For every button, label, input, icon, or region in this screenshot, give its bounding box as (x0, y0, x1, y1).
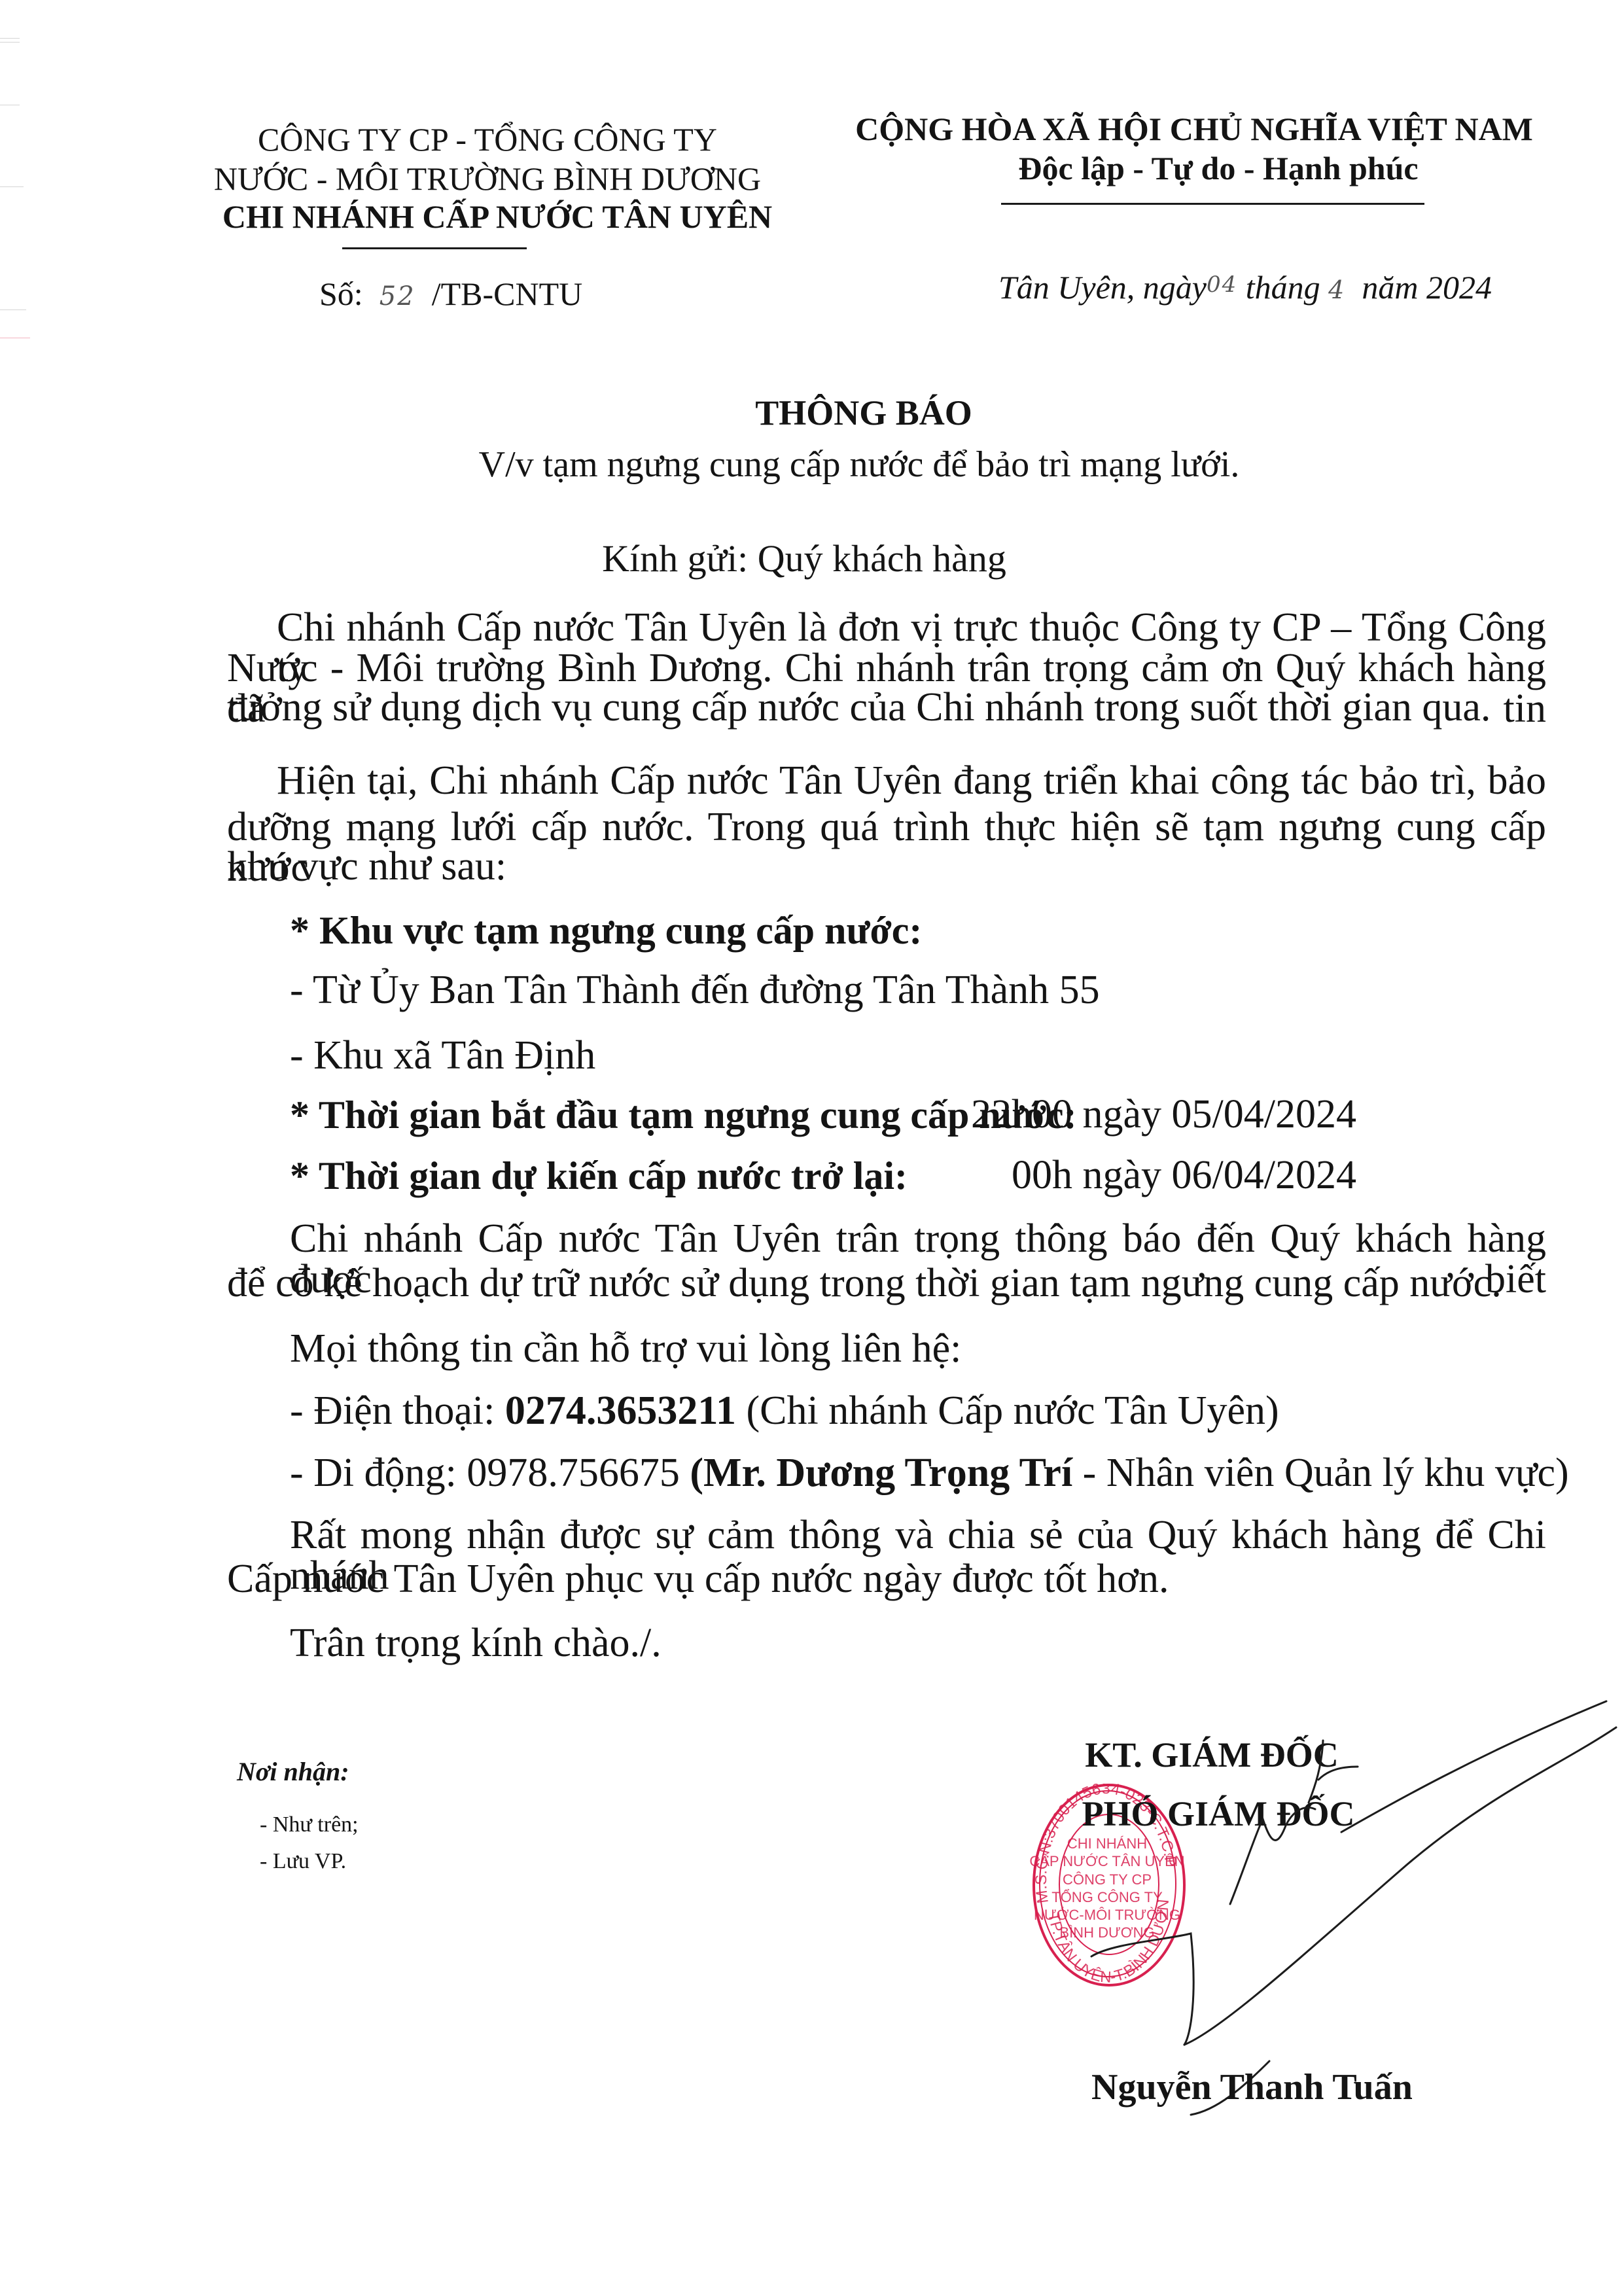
scan-mark (0, 186, 24, 187)
doc-number-label: Số: (319, 275, 363, 312)
outage-area-heading: * Khu vực tạm ngưng cung cấp nước: (290, 911, 922, 950)
contact-mobile-person: (Mr. Dương Trọng Trí (690, 1451, 1072, 1495)
handwritten-signature-icon (0, 0, 1624, 2296)
paragraph-3-line: để có kế hoạch dự trữ nước sử dụng trong… (227, 1263, 1502, 1303)
recipient-item: - Lưu VP. (260, 1850, 346, 1873)
contact-mobile-note: - Nhân viên Quản lý khu vực) (1072, 1451, 1568, 1495)
contact-mobile-label: - Di động: 0978.756675 (290, 1451, 690, 1495)
seal-line: CẤP NƯỚC TÂN UYÊN (1029, 1852, 1186, 1870)
contact-intro: Mọi thông tin cần hỗ trợ vui lòng liên h… (290, 1328, 961, 1369)
date-month-label: tháng (1246, 269, 1320, 306)
doc-number-suffix: /TB-CNTU (432, 275, 583, 312)
contact-mobile: - Di động: 0978.756675 (Mr. Dương Trọng … (290, 1453, 1569, 1493)
outage-restore-value: 00h ngày 06/04/2024 (1012, 1155, 1356, 1195)
signature-title-line2: PHÓ GIÁM ĐỐC (1082, 1796, 1355, 1831)
outage-start-label: * Thời gian bắt đầu tạm ngưng cung cấp n… (290, 1095, 1077, 1135)
date-day-handwritten: 04 (1207, 272, 1237, 298)
contact-phone-note: (Chi nhánh Cấp nước Tân Uyên) (736, 1388, 1279, 1433)
paragraph-1-line: tưởng sử dụng dịch vụ cung cấp nước của … (227, 687, 1491, 728)
scan-mark (0, 338, 30, 338)
org-parent-line1: CÔNG TY CP - TỔNG CÔNG TY (258, 123, 717, 156)
national-title: CỘNG HÒA XÃ HỘI CHỦ NGHĨA VIỆT NAM (855, 113, 1533, 145)
doc-number-handwritten: 52 (371, 283, 423, 309)
paragraph-4-line: Cấp nước Tân Uyên phục vụ cấp nước ngày … (227, 1559, 1169, 1599)
signer-name: Nguyễn Thanh Tuấn (1091, 2069, 1413, 2106)
place-date: Tân Uyên, ngày04 tháng 4 năm 2024 (998, 271, 1492, 304)
recipients-heading: Nơi nhận: (237, 1759, 349, 1785)
contact-phone: - Điện thoại: 0274.3653211 (Chi nhánh Cấ… (290, 1390, 1279, 1431)
seal-line: CHI NHÁNH (1029, 1835, 1186, 1852)
paragraph-2-line: khu vực như sau: (227, 846, 506, 887)
document-title: THÔNG BÁO (755, 395, 972, 431)
scan-mark (0, 309, 26, 310)
salutation: Kính gửi: Quý khách hàng (602, 540, 1006, 578)
contact-phone-number: 0274.3653211 (505, 1388, 736, 1433)
scan-mark (0, 105, 20, 105)
seal-line: BÌNH DƯƠNG (1029, 1924, 1186, 1941)
header-left-underline (342, 247, 527, 249)
seal-line: TỔNG CÔNG TY (1029, 1888, 1186, 1906)
signature-title-line1: KT. GIÁM ĐỐC (1085, 1737, 1339, 1773)
outage-area-item: - Khu xã Tân Định (290, 1035, 595, 1076)
org-parent-line2: NƯỚC - MÔI TRƯỜNG BÌNH DƯƠNG (214, 162, 761, 195)
seal-line: CÔNG TY CP (1029, 1871, 1186, 1888)
national-motto: Độc lập - Tự do - Hạnh phúc (1018, 152, 1418, 185)
doc-number: Số: 52 /TB-CNTU (319, 277, 582, 310)
outage-restore-label: * Thời gian dự kiến cấp nước trở lại: (290, 1156, 908, 1195)
recipient-item: - Như trên; (260, 1814, 359, 1836)
date-year: năm 2024 (1362, 269, 1492, 306)
scan-mark (0, 42, 20, 43)
scan-mark (0, 38, 20, 39)
seal-center-text: CHI NHÁNH CẤP NƯỚC TÂN UYÊN CÔNG TY CP T… (1029, 1835, 1186, 1942)
date-month-handwritten: 4 (1328, 275, 1345, 304)
seal-line: NƯỚC-MÔI TRƯỜNG (1029, 1906, 1186, 1924)
outage-area-item: - Từ Ủy Ban Tân Thành đến đường Tân Thàn… (290, 970, 1100, 1010)
contact-phone-label: - Điện thoại: (290, 1388, 505, 1433)
outage-start-value: 22h00 ngày 05/04/2024 (971, 1094, 1356, 1135)
document-subject: V/v tạm ngưng cung cấp nước để bảo trì m… (479, 446, 1240, 483)
paragraph-2-line: Hiện tại, Chi nhánh Cấp nước Tân Uyên đa… (277, 760, 1546, 801)
closing-line: Trân trọng kính chào./. (290, 1623, 662, 1663)
org-branch-name: CHI NHÁNH CẤP NƯỚC TÂN UYÊN (222, 200, 772, 233)
date-prefix: Tân Uyên, ngày (998, 269, 1207, 306)
header-right-underline (1001, 203, 1424, 205)
